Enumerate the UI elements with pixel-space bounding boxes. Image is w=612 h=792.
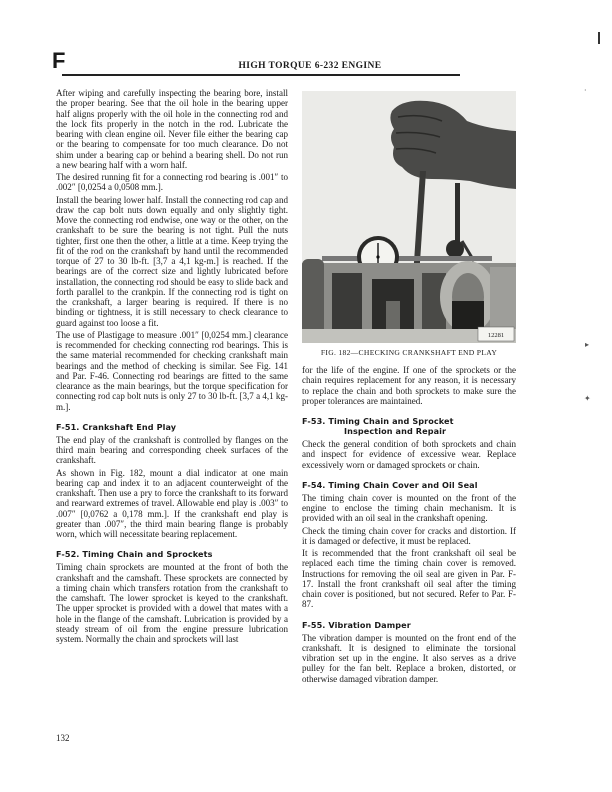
section-heading-f55: F-55. Vibration Damper (302, 620, 516, 630)
section-heading-f53: F-53. Timing Chain and Sprocket Inspecti… (302, 416, 516, 436)
section-heading-f51: F-51. Crankshaft End Play (56, 422, 288, 432)
heading-line-1: F-53. Timing Chain and Sprocket (302, 416, 454, 426)
crankshaft-end-play-photo: 12281 (302, 91, 516, 343)
paragraph: The desired running fit for a connecting… (56, 172, 288, 193)
paragraph: The use of Plastigage to measure .001″ [… (56, 330, 288, 412)
photo-number: 12281 (488, 332, 504, 339)
paragraph: Install the bearing lower half. Install … (56, 195, 288, 328)
scan-speck: ✦ (584, 394, 591, 403)
paragraph: As shown in Fig. 182, mount a dial indic… (56, 468, 288, 540)
header-rule (62, 74, 460, 76)
paragraph: Check the general condition of both spro… (302, 439, 516, 470)
paragraph: Check the timing chain cover for cracks … (302, 526, 516, 547)
paragraph: The end play of the crankshaft is contro… (56, 435, 288, 466)
scan-edge-mark (598, 32, 600, 44)
heading-line-2: Inspection and Repair (302, 426, 516, 436)
section-heading-f52: F-52. Timing Chain and Sprockets (56, 549, 288, 559)
paragraph: The timing chain cover is mounted on the… (302, 493, 516, 524)
section-heading-f54: F-54. Timing Chain Cover and Oil Seal (302, 480, 516, 490)
paragraph: Timing chain sprockets are mounted at th… (56, 562, 288, 644)
paragraph: The vibration damper is mounted on the f… (302, 633, 516, 684)
paragraph: for the life of the engine. If one of th… (302, 365, 516, 406)
section-letter: F (52, 50, 65, 72)
figure-182-photo: 12281 (302, 91, 516, 343)
paragraph: After wiping and carefully inspecting th… (56, 88, 288, 170)
right-column: for the life of the engine. If one of th… (302, 365, 516, 686)
running-head: HIGH TORQUE 6-232 ENGINE (190, 61, 430, 71)
left-column: After wiping and carefully inspecting th… (56, 88, 288, 646)
scan-speck: · (584, 86, 587, 95)
scan-speck: ▸ (585, 340, 589, 349)
page-number: 132 (56, 733, 70, 743)
figure-caption: FIG. 182—CHECKING CRANKSHAFT END PLAY (302, 348, 516, 357)
paragraph: It is recommended that the front cranksh… (302, 548, 516, 610)
